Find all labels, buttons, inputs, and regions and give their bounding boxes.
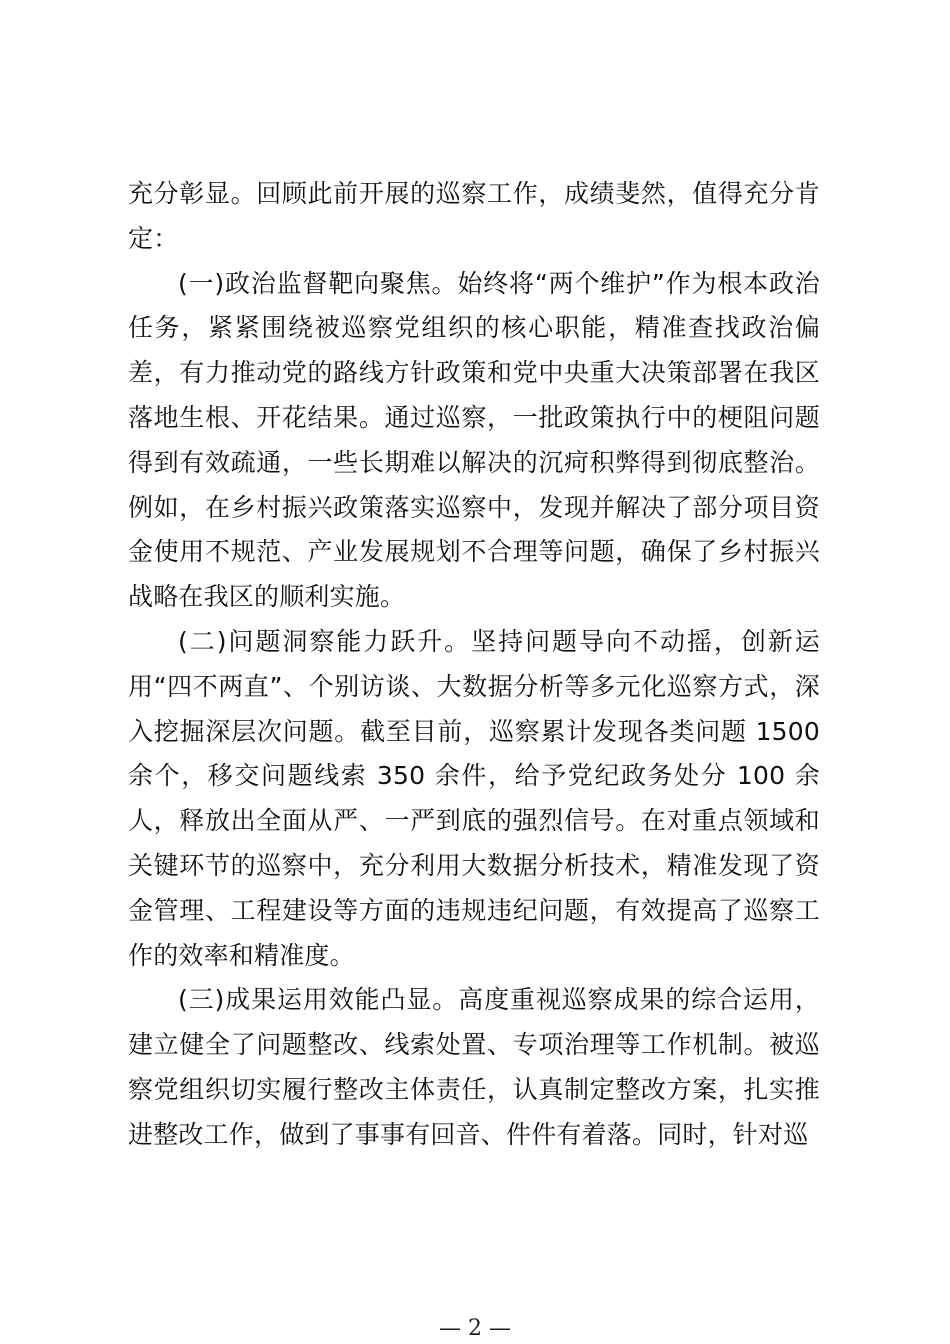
paragraph-political-supervision: (一)政治监督靶向聚焦。始终将“两个维护”作为根本政治任务，紧紧围绕被巡察党组织…	[128, 262, 820, 620]
document-page: 充分彰显。回顾此前开展的巡察工作，成绩斐然，值得充分肯定： (一)政治监督靶向聚…	[0, 0, 950, 1344]
paragraph-problem-insight: (二)问题洞察能力跃升。坚持问题导向不动摇，创新运用“四不两直”、个别访谈、大数…	[128, 620, 820, 978]
body-text: 充分彰显。回顾此前开展的巡察工作，成绩斐然，值得充分肯定： (一)政治监督靶向聚…	[128, 172, 820, 1158]
paragraph-results-application: (三)成果运用效能凸显。高度重视巡察成果的综合运用，建立健全了问题整改、线索处置…	[128, 978, 820, 1157]
page-number: — 2 —	[0, 1316, 950, 1341]
paragraph-intro: 充分彰显。回顾此前开展的巡察工作，成绩斐然，值得充分肯定：	[128, 172, 820, 262]
